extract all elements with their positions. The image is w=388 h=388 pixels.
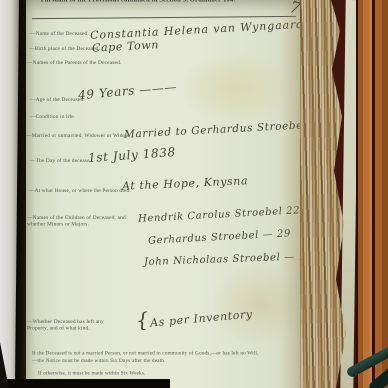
field-value-child-2: Gerhardus Stroebel — 29 <box>148 228 291 246</box>
photo-canvas: Pursuant to the Provisions contained in … <box>0 0 388 388</box>
field-value-birthplace: Cape Town <box>92 38 160 54</box>
field-label-property: —Whether Deceased has left any Property,… <box>27 318 117 332</box>
field-label-name-of-deceased: —Name of the Deceased. <box>30 30 89 36</box>
field-value-property: As per Inventory <box>150 308 253 330</box>
field-label-children: —Names of the Children of Deceased, and … <box>27 214 130 228</box>
field-value-child-3: John Nicholaas Stroebel — 18. <box>144 251 303 268</box>
header-rule <box>32 16 296 19</box>
form-header-title: Pursuant to the Provisions contained in … <box>34 0 242 3</box>
field-label-birthplace: —Birth place of the Deceased. <box>29 45 100 51</box>
field-label-marital-status: —Married or unmarried, Widower or Widow. <box>26 132 131 138</box>
field-label-day-of-decease: —The Day of the decease. <box>30 157 91 163</box>
field-value-place-of-death: At the Hope, Knysna <box>122 174 249 192</box>
field-label-age: —Age of the Deceased. <box>30 96 85 102</box>
document-page: Pursuant to the Provisions contained in … <box>26 0 303 388</box>
footnote-otherwise: If otherwise, it must be made within Six… <box>38 370 236 377</box>
field-label-condition-in-life: —Condition in life. <box>30 113 75 119</box>
field-value-name-of-deceased: Constantia Helena van Wyngaarden <box>90 17 303 42</box>
field-label-parents: —Names of the Parents of the Deceased. <box>27 59 121 65</box>
field-value-age: 49 Years ——— <box>78 80 178 103</box>
footnote-community-of-goods: If the Deceased is not a married Person,… <box>32 350 263 364</box>
field-value-day-of-decease: 1st July 1838 <box>88 145 177 165</box>
page-stain <box>176 52 296 124</box>
field-label-place-of-death: —At what House, or where the Person died… <box>29 187 131 193</box>
wood-background <box>356 0 388 388</box>
field-value-property-brace: { <box>135 307 151 332</box>
table-edge-shadow <box>0 379 170 388</box>
page-stain <box>211 262 303 347</box>
field-value-marital-status: Married to Gerhardus Stroebel <box>124 119 303 141</box>
field-value-child-1: Hendrik Carolus Stroebel 22 yrs <box>138 204 303 225</box>
